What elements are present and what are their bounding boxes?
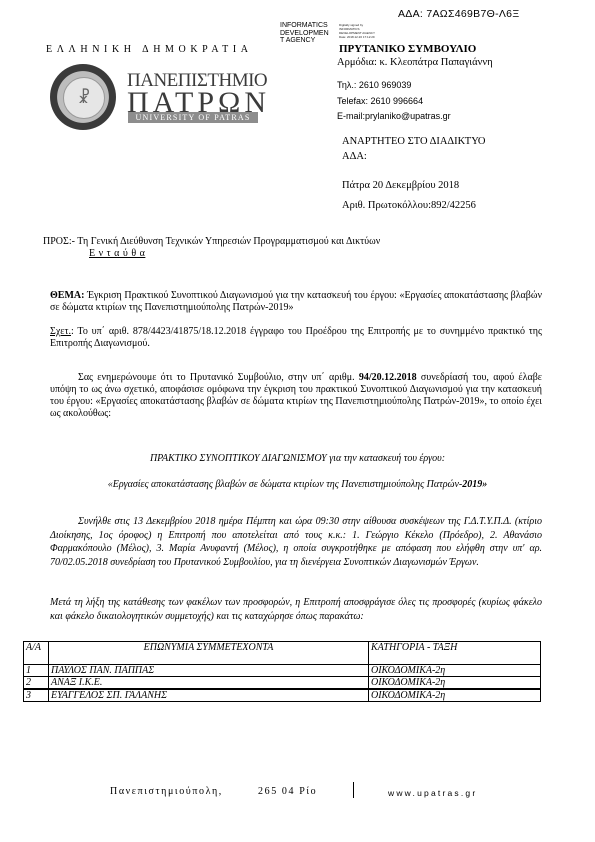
republic-heading: ΕΛΛΗΝΙΚΗ ΔΗΜΟΚΡΑΤΙΑ: [46, 44, 253, 55]
seal-figure-icon: ☧: [63, 77, 105, 119]
subject-paragraph: ΘΕΜΑ: Έγκριση Πρακτικού Συνοπτικού Διαγω…: [50, 290, 542, 314]
table-header-row: Α/Α ΕΠΩΝΥΜΙΑ ΣΥΜΜΕΤΕΧΟΝΤΑ ΚΑΤΗΓΟΡΙΑ - ΤΑ…: [24, 642, 541, 665]
cell-category: ΟΙΚΟΔΟΜΙΚΑ-2η: [369, 677, 541, 690]
reference-label: Σχετ.: [50, 326, 71, 337]
table-row: 3 ΕΥΑΓΓΕΛΟΣ ΣΠ. ΓΑΛΑΝΗΣ ΟΙΚΟΔΟΜΙΚΑ-2η: [24, 689, 541, 702]
cell-name: ΠΑΥΛΟΣ ΠΑΝ. ΠΑΠΠΑΣ: [49, 665, 369, 677]
university-name-english: UNIVERSITY OF PATRAS: [128, 112, 258, 123]
notification-paragraph: Σας ενημερώνουμε ότι το Πρυτανικό Συμβού…: [50, 372, 542, 420]
offers-table: Α/Α ΕΠΩΝΥΜΙΑ ΣΥΜΜΕΤΕΧΟΝΤΑ ΚΑΤΗΓΟΡΙΑ - ΤΑ…: [23, 641, 541, 702]
header-cell-index: Α/Α: [24, 642, 49, 665]
header-cell-name: ΕΠΩΝΥΜΙΑ ΣΥΜΜΕΤΕΧΟΝΤΑ: [49, 642, 369, 665]
cell-index: 1: [24, 665, 49, 677]
university-seal-logo: ☧: [50, 64, 116, 130]
posting-notice: ΑΝΑΡΤΗΤΕΟ ΣΤΟ ΔΙΑΔΙΚΤΥΟ: [342, 136, 485, 147]
signature-stamp-details: Digitally signed by INFORMATICS DEVELOPM…: [339, 23, 375, 39]
minutes-title-rest: για την κατασκευή του έργου:: [327, 453, 445, 464]
minutes-title-caps: ΠΡΑΚΤΙΚΟ ΣΥΝΟΠΤΙΚΟΥ ΔΙΑΓΩΝΙΣΜΟΥ: [150, 453, 327, 464]
stamp-mini-line: Date: 2018.12.20 17:12:29: [339, 35, 375, 39]
telefax-number: Telefax: 2610 996664: [337, 96, 423, 106]
responsible-person: Αρμόδια: κ. Κλεοπάτρα Παπαγιάννη: [337, 57, 493, 68]
ada-code: ΑΔΑ: 7ΑΩΣ469Β7Θ-Λ6Ξ: [398, 8, 519, 20]
cell-index: 2: [24, 677, 49, 690]
header-cell-category: ΚΑΤΗΓΟΡΙΑ - ΤΑΞΗ: [369, 642, 541, 665]
stamp-line: INFORMATICS: [280, 22, 329, 30]
recipient-here: Ε ν τ α ύ θ α: [89, 248, 145, 259]
recipient-line: ΠΡΟΣ:- Τη Γενική Διεύθυνση Τεχνικών Υπηρ…: [43, 236, 380, 247]
ada-label: ΑΔΑ:: [342, 151, 367, 162]
reference-paragraph: Σχετ.: Το υπ΄ αριθ. 878/4423/41875/18.12…: [50, 326, 542, 350]
minutes-title-line1: ΠΡΑΚΤΙΚΟ ΣΥΝΟΠΤΙΚΟΥ ΔΙΑΓΩΝΙΣΜΟΥ για την …: [0, 453, 595, 464]
stamp-line: DEVELOPMEN: [280, 30, 329, 38]
cell-name: ΕΥΑΓΓΕΛΟΣ ΣΠ. ΓΑΛΑΝΗΣ: [49, 689, 369, 702]
footer-website-link[interactable]: www.upatras.gr: [388, 788, 477, 798]
cell-category: ΟΙΚΟΔΟΜΙΚΑ-2η: [369, 665, 541, 677]
subject-text: Έγκριση Πρακτικού Συνοπτικού Διαγωνισμού…: [50, 290, 542, 313]
minutes-paragraph-2: Μετά τη λήξη της κατάθεσης των φακέλων τ…: [50, 596, 542, 623]
minutes-paragraph-1: Συνήλθε στις 13 Δεκεμβρίου 2018 ημέρα Πέ…: [50, 515, 542, 569]
protocol-number: Αριθ. Πρωτοκόλλου:892/42256: [342, 200, 476, 211]
phone-number: Τηλ.: 2610 969039: [337, 80, 411, 90]
cell-name: ΑΝΑΞ Ι.Κ.Ε.: [49, 677, 369, 690]
subject-label: ΘΕΜΑ:: [50, 290, 84, 301]
cell-category: ΟΙΚΟΔΟΜΙΚΑ-2η: [369, 689, 541, 702]
footer-address: Πανεπιστημιούπολη,: [110, 786, 223, 797]
table-row: 1 ΠΑΥΛΟΣ ΠΑΝ. ΠΑΠΠΑΣ ΟΙΚΟΔΟΜΙΚΑ-2η: [24, 665, 541, 677]
document-date: Πάτρα 20 Δεκεμβρίου 2018: [342, 180, 459, 191]
paragraph-text: Σας ενημερώνουμε ότι το Πρυτανικό Συμβού…: [78, 372, 359, 383]
footer-divider: [353, 782, 354, 798]
session-number: 94/20.12.2018: [359, 372, 417, 383]
email-address[interactable]: E-mail:prylaniko@upatras.gr: [337, 111, 451, 121]
reference-text: : Το υπ΄ αριθ. 878/4423/41875/18.12.2018…: [50, 326, 542, 349]
cell-index: 3: [24, 689, 49, 702]
stamp-line: T AGENCY: [280, 37, 329, 45]
project-title: «Εργασίες αποκατάστασης βλαβών σε δώματα…: [108, 479, 463, 490]
table-row: 2 ΑΝΑΞ Ι.Κ.Ε. ΟΙΚΟΔΟΜΙΚΑ-2η: [24, 677, 541, 690]
signature-stamp-agency: INFORMATICS DEVELOPMEN T AGENCY: [280, 22, 329, 45]
minutes-title-line2: «Εργασίες αποκατάστασης βλαβών σε δώματα…: [0, 479, 595, 490]
project-year: 2019»: [462, 479, 487, 490]
footer-postcode: 265 04 Ρίο: [258, 786, 317, 797]
council-heading: ΠΡΥΤΑΝΙΚΟ ΣΥΜΒΟΥΛΙΟ: [339, 43, 476, 55]
